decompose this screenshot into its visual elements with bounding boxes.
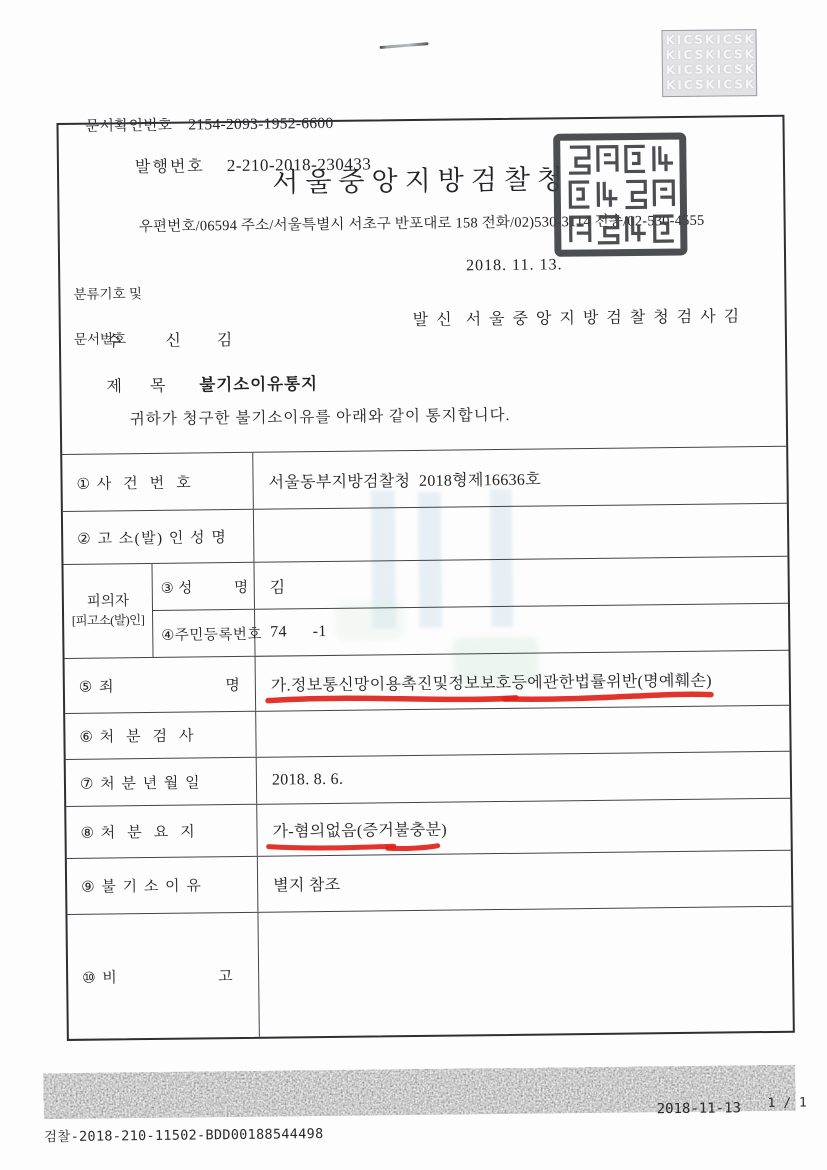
- document-date: 2018. 11. 13.: [466, 256, 563, 275]
- row-value: 74 -1: [255, 604, 788, 656]
- official-seal-icon: [553, 132, 688, 258]
- recipient-label: 수 신: [106, 333, 183, 351]
- row-label: ⑧ 처 분 요 지: [66, 805, 258, 858]
- suspect-label-line2: [피고소(발)인]: [72, 611, 145, 631]
- subject-label: 제 목: [106, 378, 165, 396]
- row-value: 가.정보통신망이용촉진및정보보호등에관한법률위반(명예훼손): [256, 651, 790, 711]
- row-label: ④주민등록번호: [153, 610, 256, 657]
- disposition-text: 가-혐의없음(증거불충분): [272, 817, 447, 842]
- table-row-case-number: ① 사 건 번 호 서울동부지방검찰청 2018형제16636호: [62, 446, 787, 511]
- row-label: ⑩ 비 고: [67, 913, 259, 1039]
- suspect-subrows: ③ 성 명 김 ④주민등록번호 74 -1: [152, 557, 788, 657]
- row-value: 2018. 8. 6.: [257, 752, 790, 804]
- sender-line: 발 신 서 울 중 앙 지 방 검 찰 청 검 사 김: [413, 303, 742, 330]
- kics-row: KICSKICSKICS: [666, 62, 753, 78]
- table-rowgroup-suspect: 피의자 [피고소(발)인] ③ 성 명 김 ④주민등록번호 74 -1: [63, 556, 788, 658]
- intro-sentence: 귀하가 청구한 불기소이유를 아래와 같이 통지합니다.: [130, 403, 511, 429]
- row-label: ③ 성 명: [152, 563, 255, 610]
- scanned-document-page: KICSKICSKICS KICSKICSKICS KICSKICSKICS K…: [0, 0, 827, 1170]
- recipient-name: 김: [217, 332, 233, 349]
- suspect-group-label: 피의자 [피고소(발)인]: [63, 564, 153, 658]
- doc-class-line1: 분류기호 및: [73, 286, 142, 302]
- kics-row: KICSKICSKICS: [666, 47, 753, 63]
- table-row-remarks: ⑩ 비 고: [67, 906, 792, 1039]
- kics-row: KICSKICSKICS: [666, 77, 753, 93]
- table-row-prosecutor: ⑥ 처 분 검 사: [65, 705, 789, 759]
- table-row-offense-name: ⑤ 죄 명 가.정보통신망이용촉진및정보보호등에관한법률위반(명예훼손): [65, 650, 790, 713]
- row-value: 김: [254, 557, 787, 609]
- table-row-disposition-summary: ⑧ 처 분 요 지 가-혐의없음(증거불충분): [66, 798, 791, 858]
- row-value: 별지 참조: [258, 851, 792, 912]
- table-row-suspect-name: ③ 성 명 김: [152, 557, 787, 610]
- footer-print-date: 2018-11-13: [657, 1100, 741, 1117]
- row-label: ⑥ 처 분 검 사: [65, 712, 256, 759]
- subject-value: 불기소이유통지: [199, 374, 318, 394]
- row-label: ① 사 건 번 호: [62, 453, 254, 511]
- table-row-disposition-date: ⑦ 처 분 년 월 일 2018. 8. 6.: [66, 751, 790, 806]
- table-row-nonprosecution-reason: ⑨ 불 기 소 이 유 별지 참조: [67, 850, 792, 914]
- row-label: ② 고 소(발) 인 성 명: [63, 510, 255, 564]
- kics-watermark-stamp: KICSKICSKICS KICSKICSKICS KICSKICSKICS K…: [661, 29, 757, 97]
- footer-page-indicator: 1 / 1: [768, 1096, 807, 1111]
- row-label: ⑨ 불 기 소 이 유: [67, 857, 259, 914]
- row-label: ⑦ 처 분 년 월 일: [66, 758, 258, 806]
- scan-content: KICSKICSKICS KICSKICSKICS KICSKICSKICS K…: [0, 0, 827, 1170]
- table-row-complainant-name: ② 고 소(발) 인 성 명: [63, 503, 788, 564]
- footer-document-code: 검찰-2018-210-11502-BDD00188544498: [44, 1122, 324, 1145]
- notice-table: ① 사 건 번 호 서울동부지방검찰청 2018형제16636호 ② 고 소(발…: [62, 446, 793, 1039]
- suspect-label-line1: 피의자: [87, 592, 129, 611]
- table-row-resident-number: ④주민등록번호 74 -1: [153, 603, 788, 657]
- row-value: [254, 504, 788, 562]
- row-value: 서울동부지방검찰청 2018형제16636호: [253, 447, 787, 509]
- offense-text: 가.정보통신망이용촉진및정보보호등에관한법률위반(명예훼손): [271, 667, 712, 695]
- row-value: [258, 907, 792, 1037]
- row-value: 가-혐의없음(증거불충분): [257, 799, 791, 856]
- row-value: [256, 706, 789, 757]
- row-label: ⑤ 죄 명: [65, 657, 257, 713]
- staple-mark: [380, 42, 429, 49]
- kics-row: KICSKICSKICS: [665, 32, 752, 48]
